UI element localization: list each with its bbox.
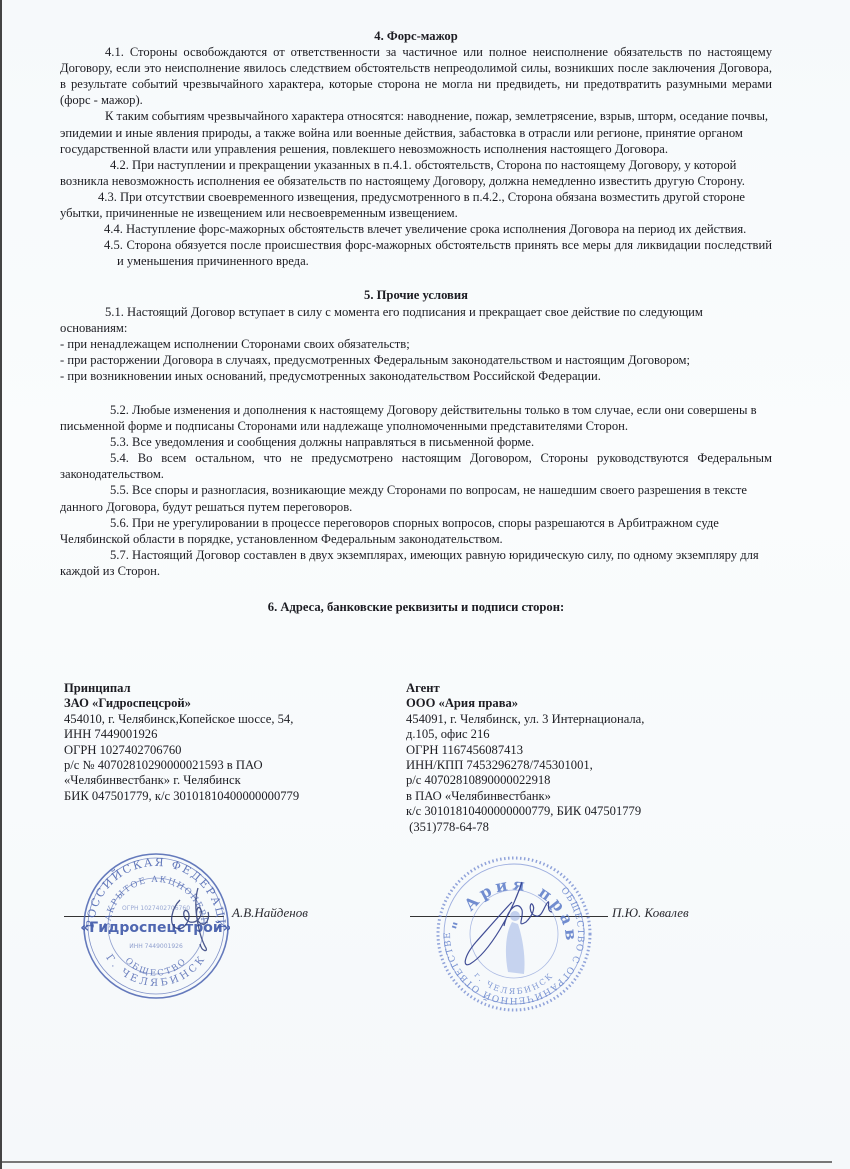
- agent-account: р/с 40702810890000022918: [406, 773, 746, 788]
- principal-column: Принципал ЗАО «Гидроспецсрой» 454010, г.…: [64, 681, 394, 804]
- agent-signatory: П.Ю. Ковалев: [612, 905, 689, 921]
- clause-5-6: 5.6. При не урегулировании в процессе пе…: [60, 515, 772, 547]
- document-page: 4. Форс-мажор 4.1. Стороны освобождаются…: [0, 0, 850, 1169]
- clause-5-1-bullet: - при ненадлежащем исполнении Сторонами …: [60, 336, 772, 352]
- clause-5-7: 5.7. Настоящий Договор составлен в двух …: [60, 547, 772, 579]
- svg-text:«Гидроспецстрой»: «Гидроспецстрой»: [80, 920, 230, 936]
- spacer: [60, 269, 772, 287]
- agent-name: ООО «Ария права»: [406, 696, 746, 711]
- spacer: [60, 384, 772, 402]
- clause-4-1-events: К таким событиям чрезвычайного характера…: [60, 108, 772, 156]
- agent-inn-kpp: ИНН/КПП 7453296278/745301001,: [406, 758, 746, 773]
- clause-5-1: 5.1. Настоящий Договор вступает в силу с…: [60, 304, 772, 336]
- agent-stamp-icon: ОБЩЕСТВО С ОГРАНИЧЕННОЙ ОТВЕТСТВЕННОСТЬЮ…: [432, 852, 597, 1017]
- principal-role: Принципал: [64, 681, 394, 696]
- agent-ogrn: ОГРН 1167456087413: [406, 743, 746, 758]
- clause-4-4: 4.4. Наступление форс-мажорных обстоятел…: [60, 221, 772, 237]
- agent-bik: к/с 30101810400000000779, БИК 047501779: [406, 804, 746, 819]
- clause-4-1: 4.1. Стороны освобождаются от ответствен…: [60, 44, 772, 108]
- principal-inn: ИНН 7449001926: [64, 727, 394, 742]
- spacer: [60, 579, 772, 599]
- clause-4-3: 4.3. При отсутствии своевременного извещ…: [60, 189, 772, 221]
- principal-address: 454010, г. Челябинск,Копейское шоссе, 54…: [64, 712, 394, 727]
- contract-body: 4. Форс-мажор 4.1. Стороны освобождаются…: [60, 28, 772, 615]
- clause-5-1-bullet: - при расторжении Договора в случаях, пр…: [60, 352, 772, 368]
- agent-column: Агент ООО «Ария права» 454091, г. Челяби…: [406, 681, 746, 835]
- agent-role: Агент: [406, 681, 746, 696]
- clause-5-5: 5.5. Все споры и разногласия, возникающи…: [60, 482, 772, 514]
- section-4-title: 4. Форс-мажор: [60, 28, 772, 44]
- principal-stamp-icon: РОССИЙСКАЯ ФЕДЕРАЦИЯ ЗАКРЫТОЕ АКЦИОНЕРНО…: [80, 848, 230, 1003]
- svg-text:ИНН 7449001926: ИНН 7449001926: [129, 943, 183, 950]
- principal-account: р/с № 40702810290000021593 в ПАО: [64, 758, 394, 773]
- agent-bank: в ПАО «Челябинвестбанк»: [406, 789, 746, 804]
- agent-address-office: д.105, офис 216: [406, 727, 746, 742]
- agent-address: 454091, г. Челябинск, ул. 3 Интернациона…: [406, 712, 746, 727]
- clause-5-3: 5.3. Все уведомления и сообщения должны …: [60, 434, 772, 450]
- clause-4-2: 4.2. При наступлении и прекращении указа…: [60, 157, 772, 189]
- clause-4-5: 4.5. Сторона обязуется после происшестви…: [60, 237, 772, 269]
- page-bottom-edge: [2, 1161, 832, 1163]
- svg-text:ОГРН 1027402706760: ОГРН 1027402706760: [122, 905, 190, 912]
- clause-5-1-bullet: - при возникновении иных оснований, пред…: [60, 368, 772, 384]
- principal-bank: «Челябинвестбанк» г. Челябинск: [64, 773, 394, 788]
- parties-details: Принципал ЗАО «Гидроспецсрой» 454010, г.…: [64, 681, 784, 841]
- section-5-title: 5. Прочие условия: [60, 287, 772, 303]
- svg-text:" Ария права ": " Ария права ": [432, 852, 581, 945]
- principal-name: ЗАО «Гидроспецсрой»: [64, 696, 394, 711]
- principal-signatory: А.В.Найденов: [232, 905, 308, 921]
- principal-ogrn: ОГРН 1027402706760: [64, 743, 394, 758]
- clause-5-2: 5.2. Любые изменения и дополнения к наст…: [60, 402, 772, 434]
- agent-phone: (351)778-64-78: [406, 820, 746, 835]
- principal-bik: БИК 047501779, к/с 30101810400000000779: [64, 789, 394, 804]
- clause-5-4: 5.4. Во всем остальном, что не предусмот…: [60, 450, 772, 482]
- section-6-title: 6. Адреса, банковские реквизиты и подпис…: [60, 599, 772, 615]
